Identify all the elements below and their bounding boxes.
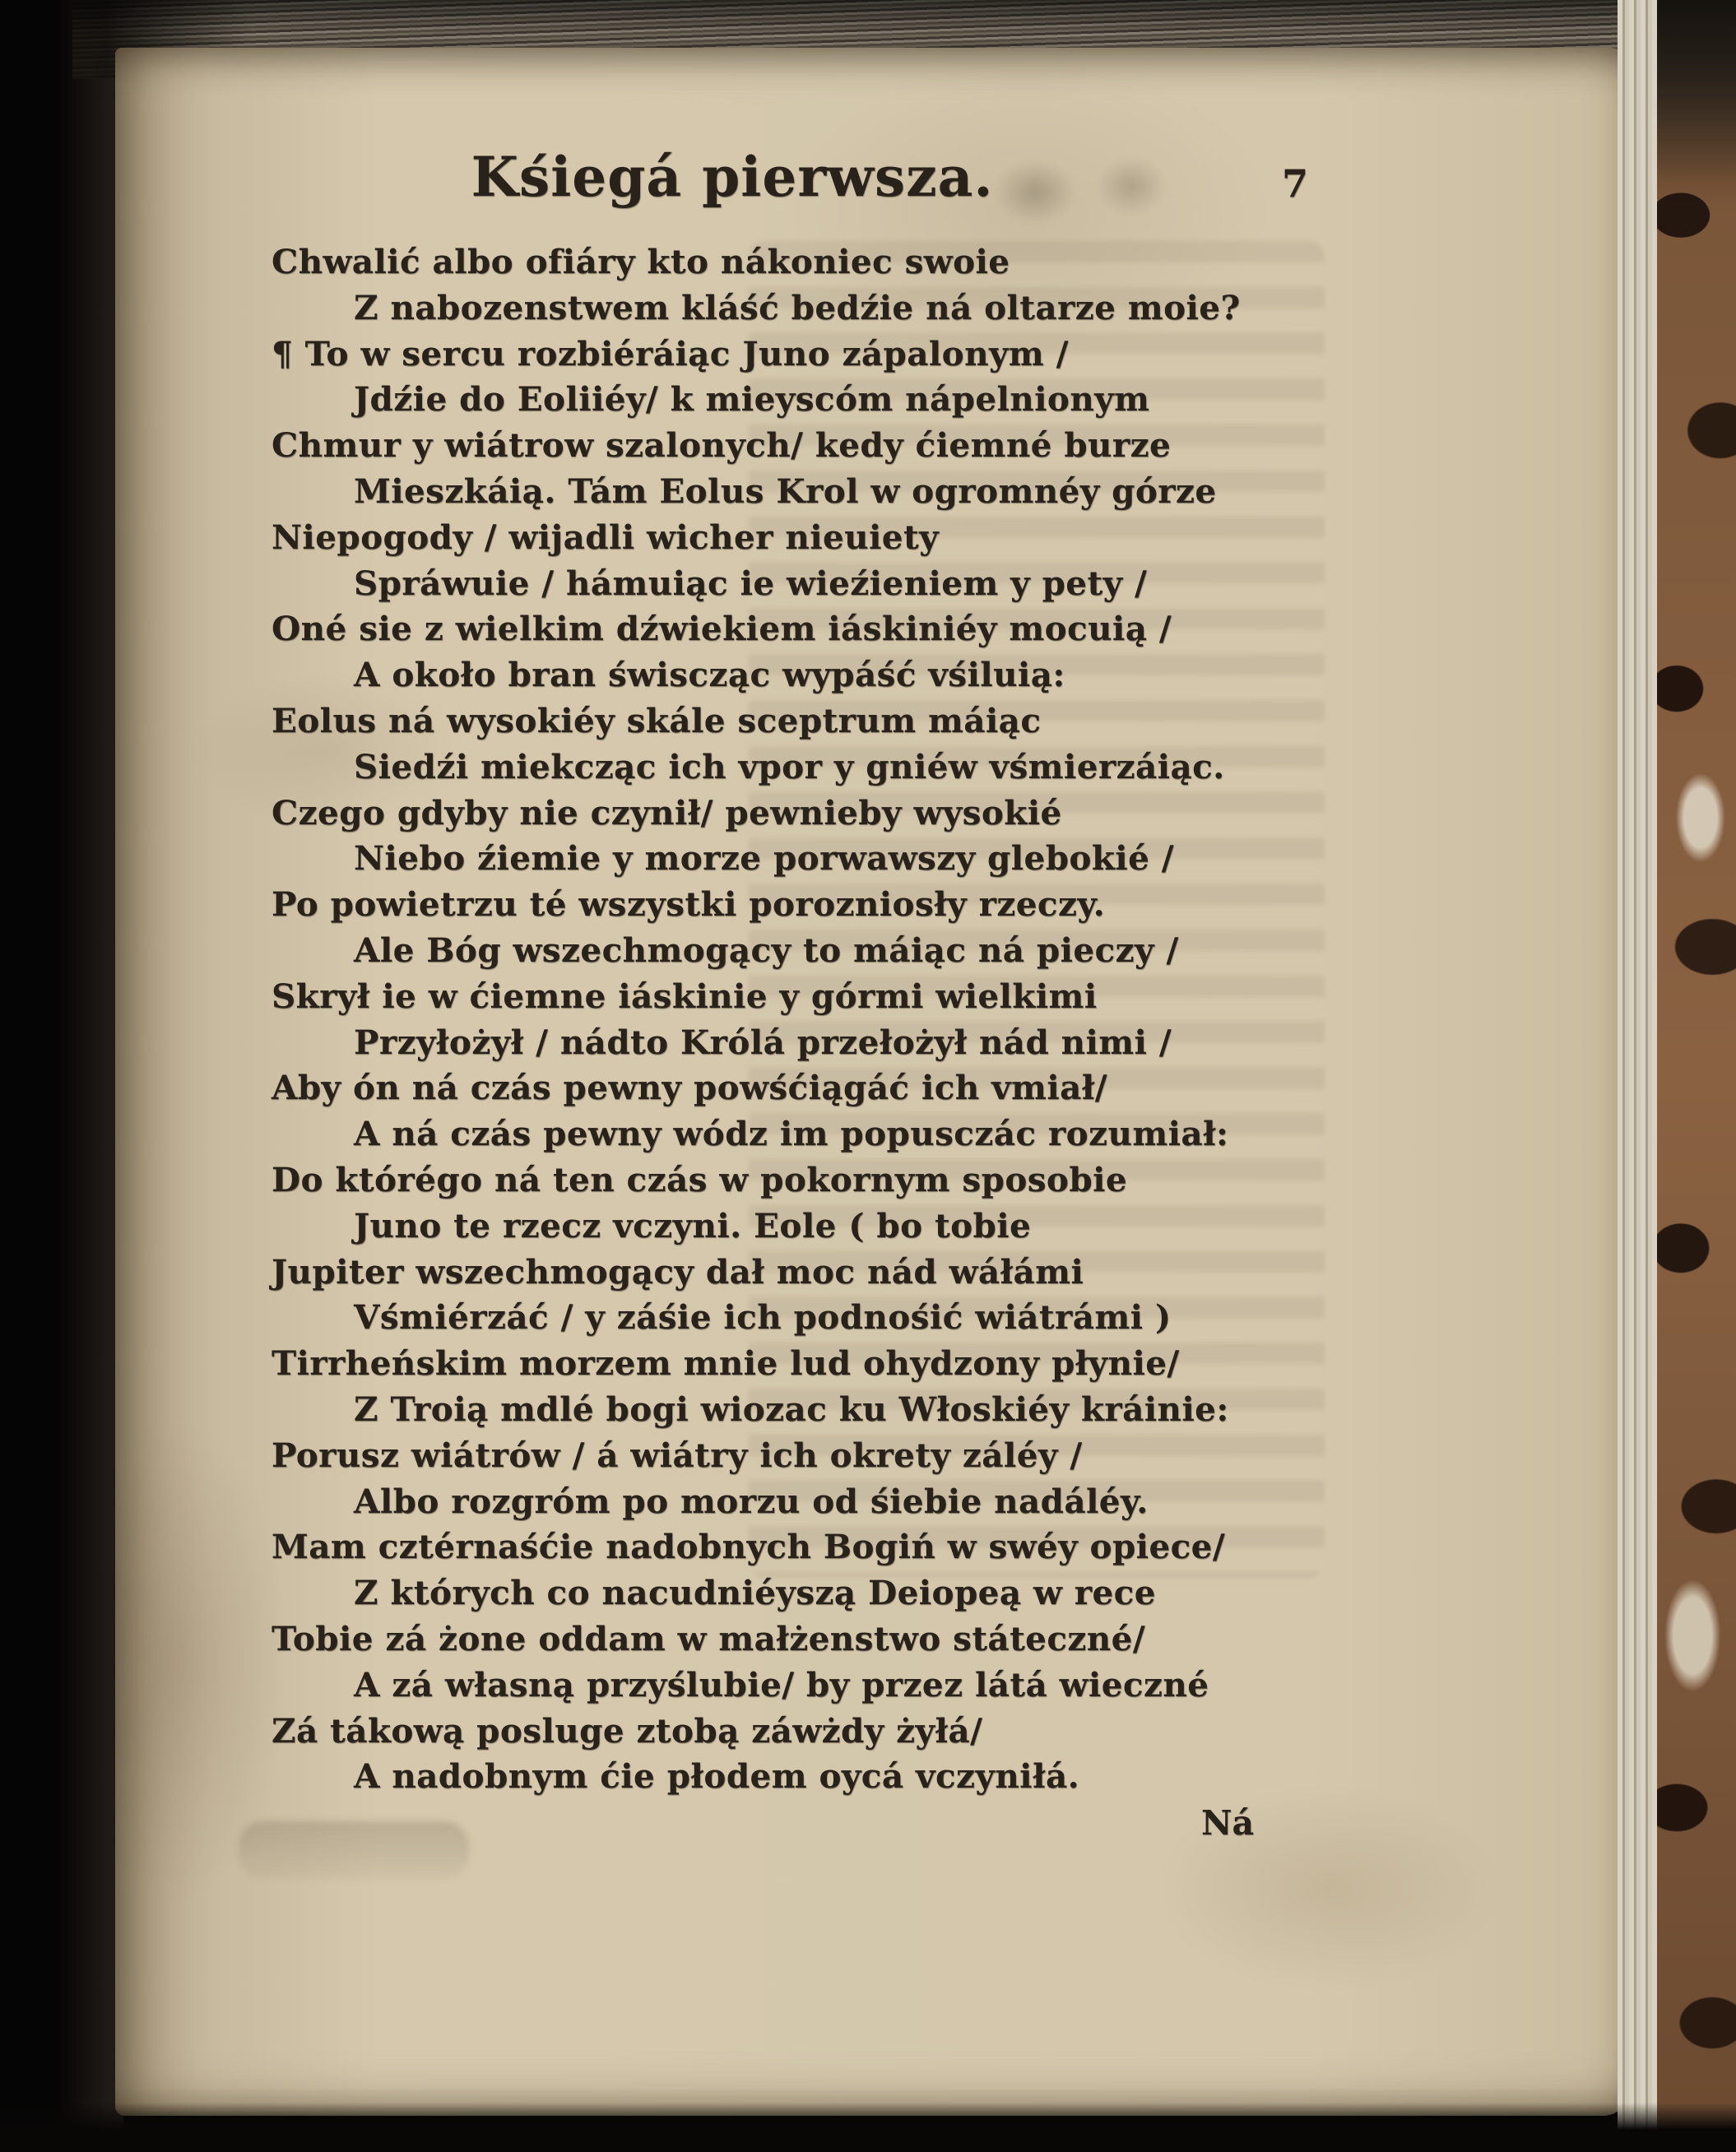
poem-line: Oné sie z wielkim dźwiekiem iáskiniéy mo… [272, 609, 1241, 655]
poem-line: ¶ To w sercu rozbiéráiąc Juno zápalonym … [272, 334, 1241, 380]
book-gutter-shadow [0, 0, 123, 2152]
poem-line: Z Troią mdlé bogi wiozac ku Włoskiéy krá… [272, 1389, 1241, 1435]
poem-line: Skrył ie w ćiemne iáskinie y górmi wielk… [272, 976, 1241, 1023]
poem-line: Tirrheńskim morzem mnie lud ohydzony pły… [272, 1343, 1241, 1389]
poem-line: Czego gdyby nie czynił/ pewnieby wysokié [272, 793, 1241, 839]
poem-line: Juno te rzecz vczyni. Eole ( bo tobie [272, 1206, 1241, 1252]
poem-line: Do którégo ná ten czás w pokornym sposob… [272, 1160, 1241, 1206]
book-photo: Kśiegá pierwsza. 7 Chwalić albo ofiáry k… [0, 0, 1736, 2152]
marbled-board [1657, 0, 1736, 2152]
verso-bleed-through-small [239, 1821, 469, 1879]
poem-line: Eolus ná wysokiéy skále sceptrum máiąc [272, 701, 1241, 747]
poem-line: Mieszkáią. Tám Eolus Krol w ogromnéy gór… [272, 471, 1241, 517]
bottom-shadow [0, 2103, 1736, 2152]
poem-line: Porusz wiátrów / á wiátry ich okrety zál… [272, 1435, 1241, 1482]
poem-line: Vśmiérzáć / y záśie ich podnośić wiátrám… [272, 1297, 1241, 1343]
poem-line: Z nabozenstwem kláść bedźie ná oltarze m… [272, 288, 1241, 334]
poem-line: Aby ón ná czás pewny powśćiągáć ich vmia… [272, 1068, 1241, 1114]
poem-line: Jdźie do Eoliiéy/ k mieyscóm nápelnionym [272, 379, 1241, 425]
catchword: Ná [1201, 1803, 1254, 1843]
poem-line: Po powietrzu té wszystki porozniosły rze… [272, 884, 1241, 930]
poem-line: A ná czás pewny wódz im popusczác rozumi… [272, 1114, 1241, 1160]
poem-line: Siedźi miekcząc ich vpor y gniéw vśmierz… [272, 747, 1241, 793]
poem-line: Z których co nacudniéyszą Deiopeą w rece [272, 1573, 1241, 1619]
poem-line: A około bran świscząc wypáść vśiluią: [272, 655, 1241, 701]
poem-line: Tobie zá żone oddam w małżenstwo státecz… [272, 1619, 1241, 1665]
poem-line: Ale Bóg wszechmogący to máiąc ná pieczy … [272, 930, 1241, 976]
poem-line: Niepogody / wijadli wicher nieuiety [272, 517, 1241, 564]
poem-text: Chwalić albo ofiáry kto nákoniec swoieZ … [272, 242, 1241, 1802]
poem-line: Niebo źiemie y morze porwawszy glebokié … [272, 838, 1241, 884]
poem-line: Chmur y wiátrow szalonych/ kedy ćiemné b… [272, 425, 1241, 471]
poem-line: A zá własną przyślubie/ by przez látá wi… [272, 1665, 1241, 1711]
poem-line: Przyłożył / nádto Królá przełożył nád ni… [272, 1023, 1241, 1069]
page-number: 7 [1282, 161, 1308, 206]
poem-line: Zá tákową posluge ztobą záwżdy żyłá/ [272, 1711, 1241, 1757]
running-title: Kśiegá pierwsza. [444, 145, 1020, 209]
poem-line: Albo rozgróm po morzu od śiebie nadáléy. [272, 1482, 1241, 1528]
poem-line: Chwalić albo ofiáry kto nákoniec swoie [272, 242, 1241, 288]
poem-line: Mam cztérnaśćie nadobnych Bogiń w swéy o… [272, 1527, 1241, 1573]
poem-line: A nadobnym ćie płodem oycá vczyniłá. [272, 1756, 1241, 1802]
poem-line: Spráwuie / hámuiąc ie wieźieniem y pety … [272, 564, 1241, 610]
poem-line: Jupiter wszechmogący dał moc nád wáłámi [272, 1252, 1241, 1298]
page-fore-edge [1618, 0, 1660, 2152]
